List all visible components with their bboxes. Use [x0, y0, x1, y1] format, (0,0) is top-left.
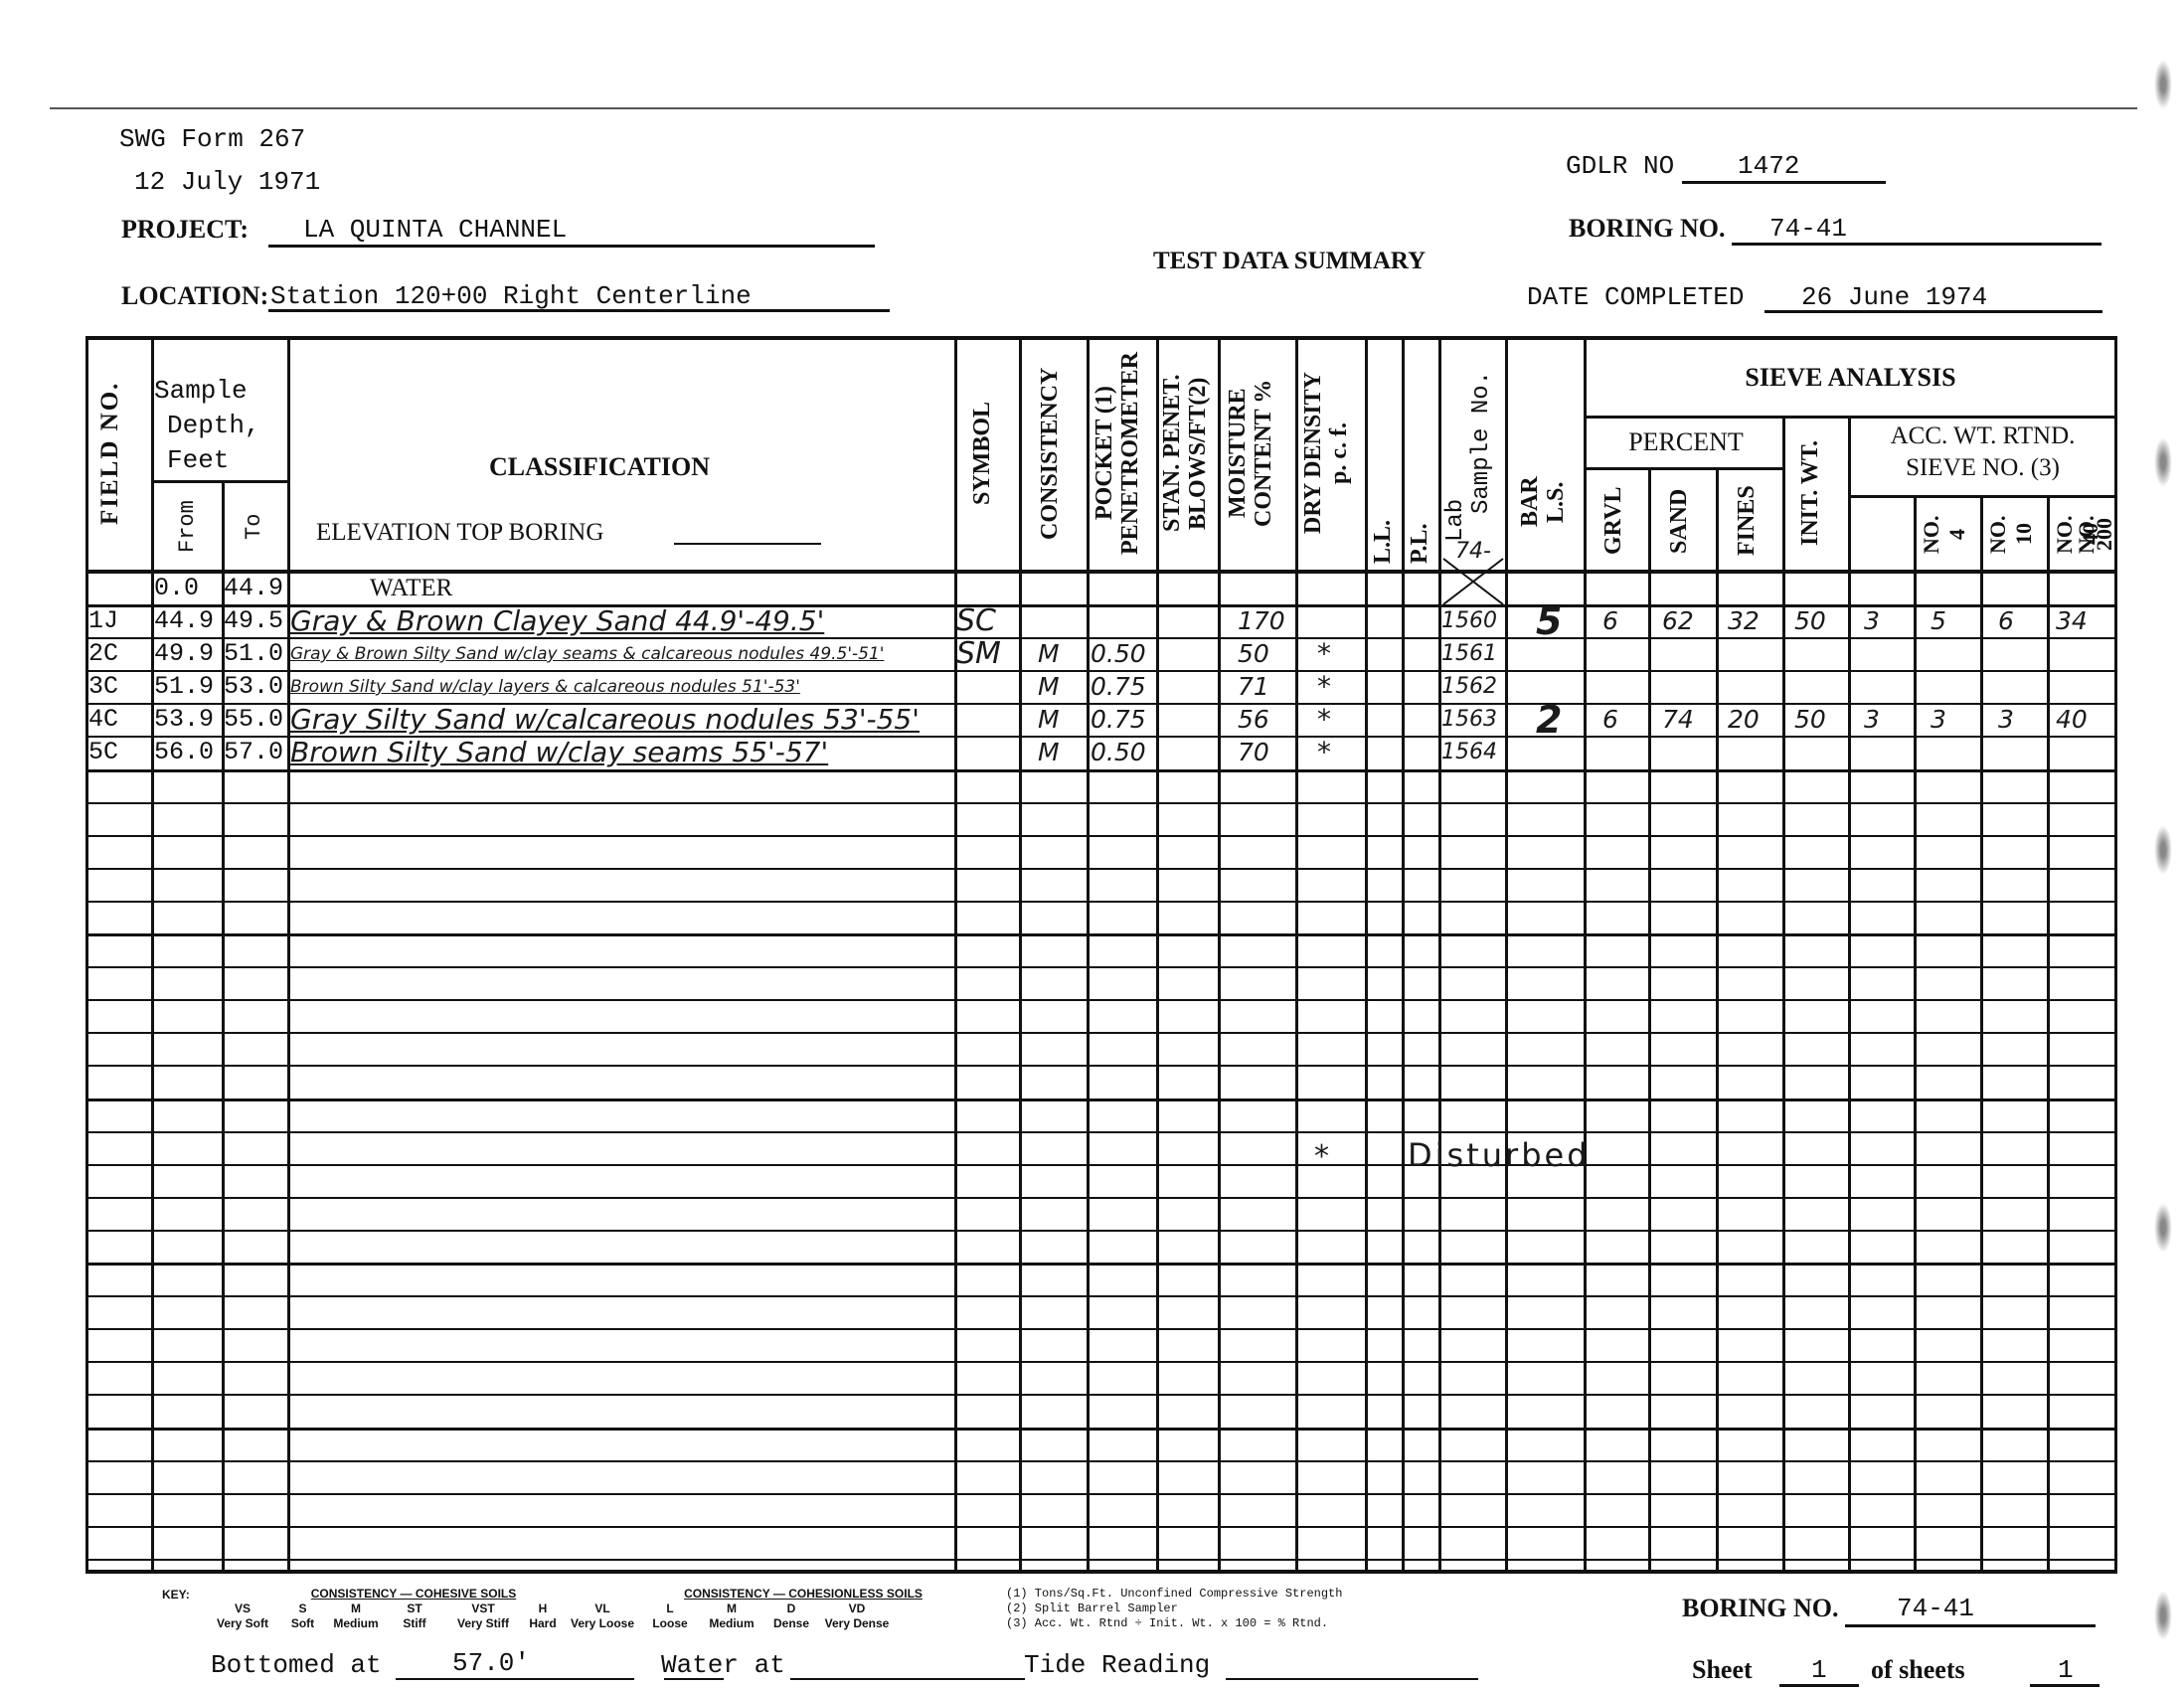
col-line-grvl	[1648, 467, 1651, 1574]
key-abbr: ST	[387, 1602, 442, 1615]
footer-boring-value: 74-41	[1897, 1594, 1974, 1623]
key-abbr: VD	[817, 1602, 897, 1615]
header-sieve-analysis: SIEVE ANALYSIS	[1587, 363, 2114, 393]
cell-grvl: 6	[1602, 605, 1618, 637]
key-abbr: VL	[563, 1602, 642, 1615]
header-pocket: POCKET (1) PENETROMETER	[1092, 343, 1155, 564]
sheet-underline	[1779, 1684, 1859, 1687]
cell-pocket-penetrometer: 0.50	[1091, 737, 1146, 768]
water-row-classification: WATER	[370, 573, 452, 604]
header-field-no: FIELD NO.	[97, 343, 137, 564]
cell-init-wt: 50	[1794, 605, 1826, 637]
header-sand: SAND	[1666, 475, 1702, 567]
key-label: KEY:	[162, 1588, 190, 1602]
cell-symbol: SM	[956, 638, 1001, 670]
col-line-no4	[1914, 495, 1917, 1574]
binder-mark-3	[2154, 825, 2172, 875]
acc-header-divider	[1848, 495, 2117, 498]
cell-moisture-content: 70	[1238, 737, 1269, 768]
cell-sand: 62	[1662, 605, 1694, 637]
header-moisture: MOISTURE CONTENT %	[1225, 343, 1290, 564]
cell-grvl: 6	[1602, 704, 1618, 736]
key-footnote-3: (3) Acc. Wt. Rtnd ÷ Init. Wt. x 100 = % …	[1006, 1616, 1328, 1630]
key-name: Medium	[325, 1616, 387, 1630]
col-line-dry	[1365, 336, 1368, 1574]
cell-no200: 40	[2056, 704, 2088, 736]
cell-field-no: 4C	[88, 704, 118, 736]
cell-classification: Brown Silty Sand w/clay seams 55'-57'	[290, 737, 951, 768]
key-abbr: D	[765, 1602, 817, 1615]
col-line-consistency	[1087, 336, 1090, 1574]
cell-dry-density: *	[1317, 704, 1331, 736]
col-line-stan	[1218, 336, 1221, 1574]
key-name: Medium	[698, 1616, 765, 1630]
table-left-border	[85, 336, 88, 1574]
key-name: Soft	[280, 1616, 325, 1630]
cell-lab-sample-no: 1562	[1441, 671, 1497, 703]
note-symbol: *	[1314, 1141, 1329, 1173]
cell-lab-sample-no: 1560	[1441, 605, 1497, 637]
note-disturbed: Disturbed	[1408, 1139, 1591, 1171]
key-name: Very Loose	[563, 1616, 642, 1630]
cell-no200: 34	[2056, 605, 2088, 637]
header-no4-b: 4	[1944, 502, 1970, 567]
header-no200: NO. 200	[2078, 502, 2113, 567]
tide-reading-label: Tide Reading	[1024, 1650, 1210, 1680]
header-symbol: SYMBOL	[969, 343, 1005, 564]
cell-to: 53.0	[224, 671, 283, 703]
row-line	[85, 1131, 2117, 1133]
row-line	[85, 1460, 2117, 1462]
cell-symbol: SC	[956, 605, 996, 637]
cell-lab-sample-no: 1564	[1441, 737, 1497, 768]
header-fines: FINES	[1734, 475, 1769, 567]
header-pl: P.L.	[1407, 343, 1436, 564]
percent-header-divider	[1584, 467, 1782, 470]
header-dry-density: DRY DENSITY p. c. f.	[1300, 343, 1362, 564]
table-bottom-border	[85, 1570, 2117, 1574]
col-line-fines	[1782, 416, 1785, 1574]
header-pocket-line2: PENETROMETER	[1117, 343, 1143, 564]
cell-pocket-penetrometer: 0.50	[1091, 638, 1146, 670]
key-name: Stiff	[387, 1616, 442, 1630]
cell-no40: 6	[1998, 605, 2014, 637]
header-acc-line1: ACC. WT. RTND.	[1851, 422, 2114, 451]
cell-moisture-content: 170	[1238, 605, 1285, 637]
cell-to: 49.5	[224, 605, 283, 637]
row-line	[85, 1361, 2117, 1363]
header-dry-line1: DRY DENSITY	[1300, 343, 1326, 564]
cell-field-no: 3C	[88, 671, 118, 703]
header-no10-a: NO.	[1985, 502, 2011, 567]
key-name: Loose	[642, 1616, 698, 1630]
cell-fines: 32	[1728, 605, 1760, 637]
cell-consistency: M	[1038, 704, 1060, 736]
cell-bar-ls: 5	[1536, 605, 1562, 637]
header-bar-ls: BAR L.S.	[1517, 447, 1573, 557]
cell-classification: Gray & Brown Clayey Sand 44.9'-49.5'	[290, 605, 951, 637]
row-line	[85, 1065, 2117, 1067]
header-acc-line2: SIEVE NO. (3)	[1851, 453, 2114, 483]
row-line	[85, 1032, 2117, 1034]
key-name: Very Soft	[205, 1616, 280, 1630]
header-sample-line3: Feet	[167, 445, 229, 475]
sieve-header-divider	[1584, 416, 2117, 419]
cell-consistency: M	[1038, 737, 1060, 768]
header-no200-b: 200	[2096, 502, 2113, 567]
cell-lab-sample-no: 1561	[1441, 638, 1497, 670]
binder-mark-4	[2154, 1203, 2172, 1253]
cell-no4: 3	[1864, 605, 1880, 637]
row-line	[85, 802, 2117, 804]
key-name: Dense	[765, 1616, 817, 1630]
cell-to: 51.0	[224, 638, 283, 670]
row-line	[85, 1526, 2117, 1528]
header-no10: NO. 10	[1985, 502, 2043, 567]
col-line-symbol	[1019, 336, 1022, 1574]
key-abbr: M	[698, 1602, 765, 1615]
header-moisture-line2: CONTENT %	[1251, 343, 1276, 564]
header-moisture-line1: MOISTURE	[1225, 343, 1251, 564]
cell-field-no: 2C	[88, 638, 118, 670]
cell-no10: 5	[1931, 605, 1946, 637]
cell-to: 55.0	[224, 704, 283, 736]
col-line-no10	[1980, 495, 1983, 1574]
header-stan-line1: STAN. PENET.	[1159, 343, 1185, 564]
header-dry-line2: p. c. f.	[1326, 343, 1352, 564]
bottomed-value: 57.0'	[452, 1648, 530, 1678]
key-abbr: S	[280, 1602, 325, 1615]
water-row-from: 0.0	[154, 573, 199, 604]
row-line	[85, 1197, 2117, 1199]
cell-moisture-content: 50	[1238, 638, 1269, 670]
water-at-label: Water at	[661, 1650, 785, 1680]
cell-sand: 74	[1662, 704, 1694, 736]
row-line	[85, 835, 2117, 837]
row-line	[85, 1098, 2117, 1101]
header-no4: NO. 4	[1919, 502, 1976, 567]
row-line	[85, 1559, 2117, 1561]
col-line-pl	[1438, 336, 1441, 1574]
col-line-lab	[1505, 336, 1508, 1574]
cell-consistency: M	[1038, 671, 1060, 703]
header-stan: STAN. PENET. BLOWS/FT(2)	[1159, 343, 1217, 564]
row-line	[85, 1230, 2117, 1232]
bottomed-label: Bottomed at	[211, 1650, 382, 1680]
cell-no40: 3	[1998, 704, 2014, 736]
table-top-border	[85, 336, 2117, 340]
key-name: Hard	[524, 1616, 562, 1630]
col-line-classification	[954, 336, 957, 1574]
water-at-underline	[790, 1678, 1025, 1680]
binder-mark-2	[2154, 437, 2172, 487]
row-line	[85, 1493, 2117, 1495]
row-line	[85, 1428, 2117, 1431]
cell-dry-density: *	[1317, 737, 1331, 768]
key-cohesive-title: CONSISTENCY — COHESIVE SOILS	[235, 1587, 592, 1601]
key-name: Very Stiff	[442, 1616, 524, 1630]
cell-field-no: 5C	[88, 737, 118, 768]
cell-from: 53.9	[154, 704, 214, 736]
cell-bar-ls: 2	[1536, 704, 1562, 736]
cell-dry-density: *	[1317, 638, 1331, 670]
tide-reading-underline	[1226, 1678, 1478, 1680]
header-consistency: CONSISTENCY	[1037, 343, 1073, 564]
of-sheets-value: 1	[2058, 1655, 2074, 1685]
key-name: Very Dense	[817, 1616, 897, 1630]
key-abbr: H	[524, 1602, 562, 1615]
cell-lab-sample-no: 1563	[1441, 704, 1497, 736]
key-abbr: M	[325, 1602, 387, 1615]
cell-from: 44.9	[154, 605, 214, 637]
key-abbr: VS	[205, 1602, 280, 1615]
header-from: From	[175, 487, 205, 567]
header-sample-line2: Depth,	[167, 411, 260, 440]
row-line	[85, 1295, 2117, 1297]
row-line	[85, 1328, 2117, 1330]
cell-classification: Gray Silty Sand w/calcareous nodules 53'…	[290, 704, 951, 736]
of-sheets-underline	[2030, 1684, 2100, 1687]
row-line	[85, 933, 2117, 936]
header-grvl: GRVL	[1600, 475, 1636, 567]
col-line-ll	[1402, 336, 1405, 1574]
header-percent: PERCENT	[1587, 427, 1785, 457]
header-stan-line2: BLOWS/FT(2)	[1185, 343, 1211, 564]
lab-sample-cross-icon	[1441, 557, 1505, 606]
binder-mark-1	[2154, 60, 2172, 109]
key-footnote-1: (1) Tons/Sq.Ft. Unconfined Compressive S…	[1006, 1587, 1342, 1601]
cell-to: 57.0	[224, 737, 283, 768]
col-line-moisture	[1295, 336, 1298, 1574]
elevation-underline	[674, 543, 821, 545]
header-bar-line2: L.S.	[1543, 447, 1569, 557]
cell-classification: Gray & Brown Silty Sand w/clay seams & c…	[290, 638, 951, 670]
cell-no4: 3	[1864, 704, 1880, 736]
key-cohesionless-title: CONSISTENCY — COHESIONLESS SOILS	[608, 1587, 998, 1601]
row-line	[85, 966, 2117, 968]
bottomed-underline	[396, 1678, 634, 1680]
row-line	[85, 999, 2117, 1001]
col-line-bar	[1584, 336, 1587, 1574]
row-line	[85, 1263, 2117, 1266]
cell-moisture-content: 71	[1238, 671, 1269, 703]
cell-from: 49.9	[154, 638, 214, 670]
of-sheets-label: of sheets	[1871, 1655, 1965, 1685]
cell-from: 56.0	[154, 737, 214, 768]
header-lab-sample: Lab Sample No.	[1443, 343, 1501, 542]
cell-consistency: M	[1038, 638, 1060, 670]
sheet-value: 1	[1811, 1655, 1827, 1685]
footer-boring-label: BORING NO.	[1682, 1594, 1838, 1623]
header-elevation-top-boring: ELEVATION TOP BORING	[316, 518, 603, 548]
row-line	[85, 769, 2117, 772]
col-line-field	[151, 336, 154, 1574]
cell-classification: Brown Silty Sand w/clay layers & calcare…	[290, 671, 951, 703]
header-to: To	[242, 487, 271, 567]
test-data-table	[0, 0, 2184, 1688]
cell-init-wt: 50	[1794, 704, 1826, 736]
cell-dry-density: *	[1317, 671, 1331, 703]
header-lab-line2: Sample No.	[1469, 343, 1495, 542]
header-bar-line1: BAR	[1517, 447, 1543, 557]
cell-pocket-penetrometer: 0.75	[1091, 704, 1146, 736]
cell-moisture-content: 56	[1238, 704, 1269, 736]
header-init-wt: INIT. WT.	[1797, 420, 1833, 567]
sheet-label: Sheet	[1692, 1655, 1753, 1685]
header-no10-b: 10	[2011, 502, 2037, 567]
row-line	[85, 901, 2117, 903]
footer-boring-underline	[1845, 1624, 2096, 1627]
key-abbr: VST	[442, 1602, 524, 1615]
row-line	[85, 1394, 2117, 1396]
header-sample-line1: Sample	[154, 376, 248, 406]
key-footnote-2: (2) Split Barrel Sampler	[1006, 1602, 1178, 1615]
row-line	[85, 868, 2117, 870]
cell-field-no: 1J	[88, 605, 118, 637]
col-line-no40	[2047, 495, 2050, 1574]
header-classification: CLASSIFICATION	[489, 452, 710, 482]
cell-pocket-penetrometer: 0.75	[1091, 671, 1146, 703]
col-line-depth	[287, 336, 290, 1574]
col-line-initwt	[1848, 416, 1851, 1574]
cell-fines: 20	[1728, 704, 1760, 736]
header-lab-line1: Lab	[1443, 343, 1469, 542]
col-line-sand	[1716, 467, 1719, 1574]
water-row-to: 44.9	[224, 573, 283, 604]
row-line	[85, 1164, 2117, 1166]
binder-mark-5	[2154, 1591, 2172, 1640]
cell-from: 51.9	[154, 671, 214, 703]
cell-no10: 3	[1931, 704, 1946, 736]
header-no4-a: NO.	[1919, 502, 1944, 567]
depth-header-divider	[151, 480, 290, 483]
key-abbr: L	[642, 1602, 698, 1615]
header-ll: L.L.	[1370, 343, 1400, 564]
header-pocket-line1: POCKET (1)	[1092, 343, 1117, 564]
